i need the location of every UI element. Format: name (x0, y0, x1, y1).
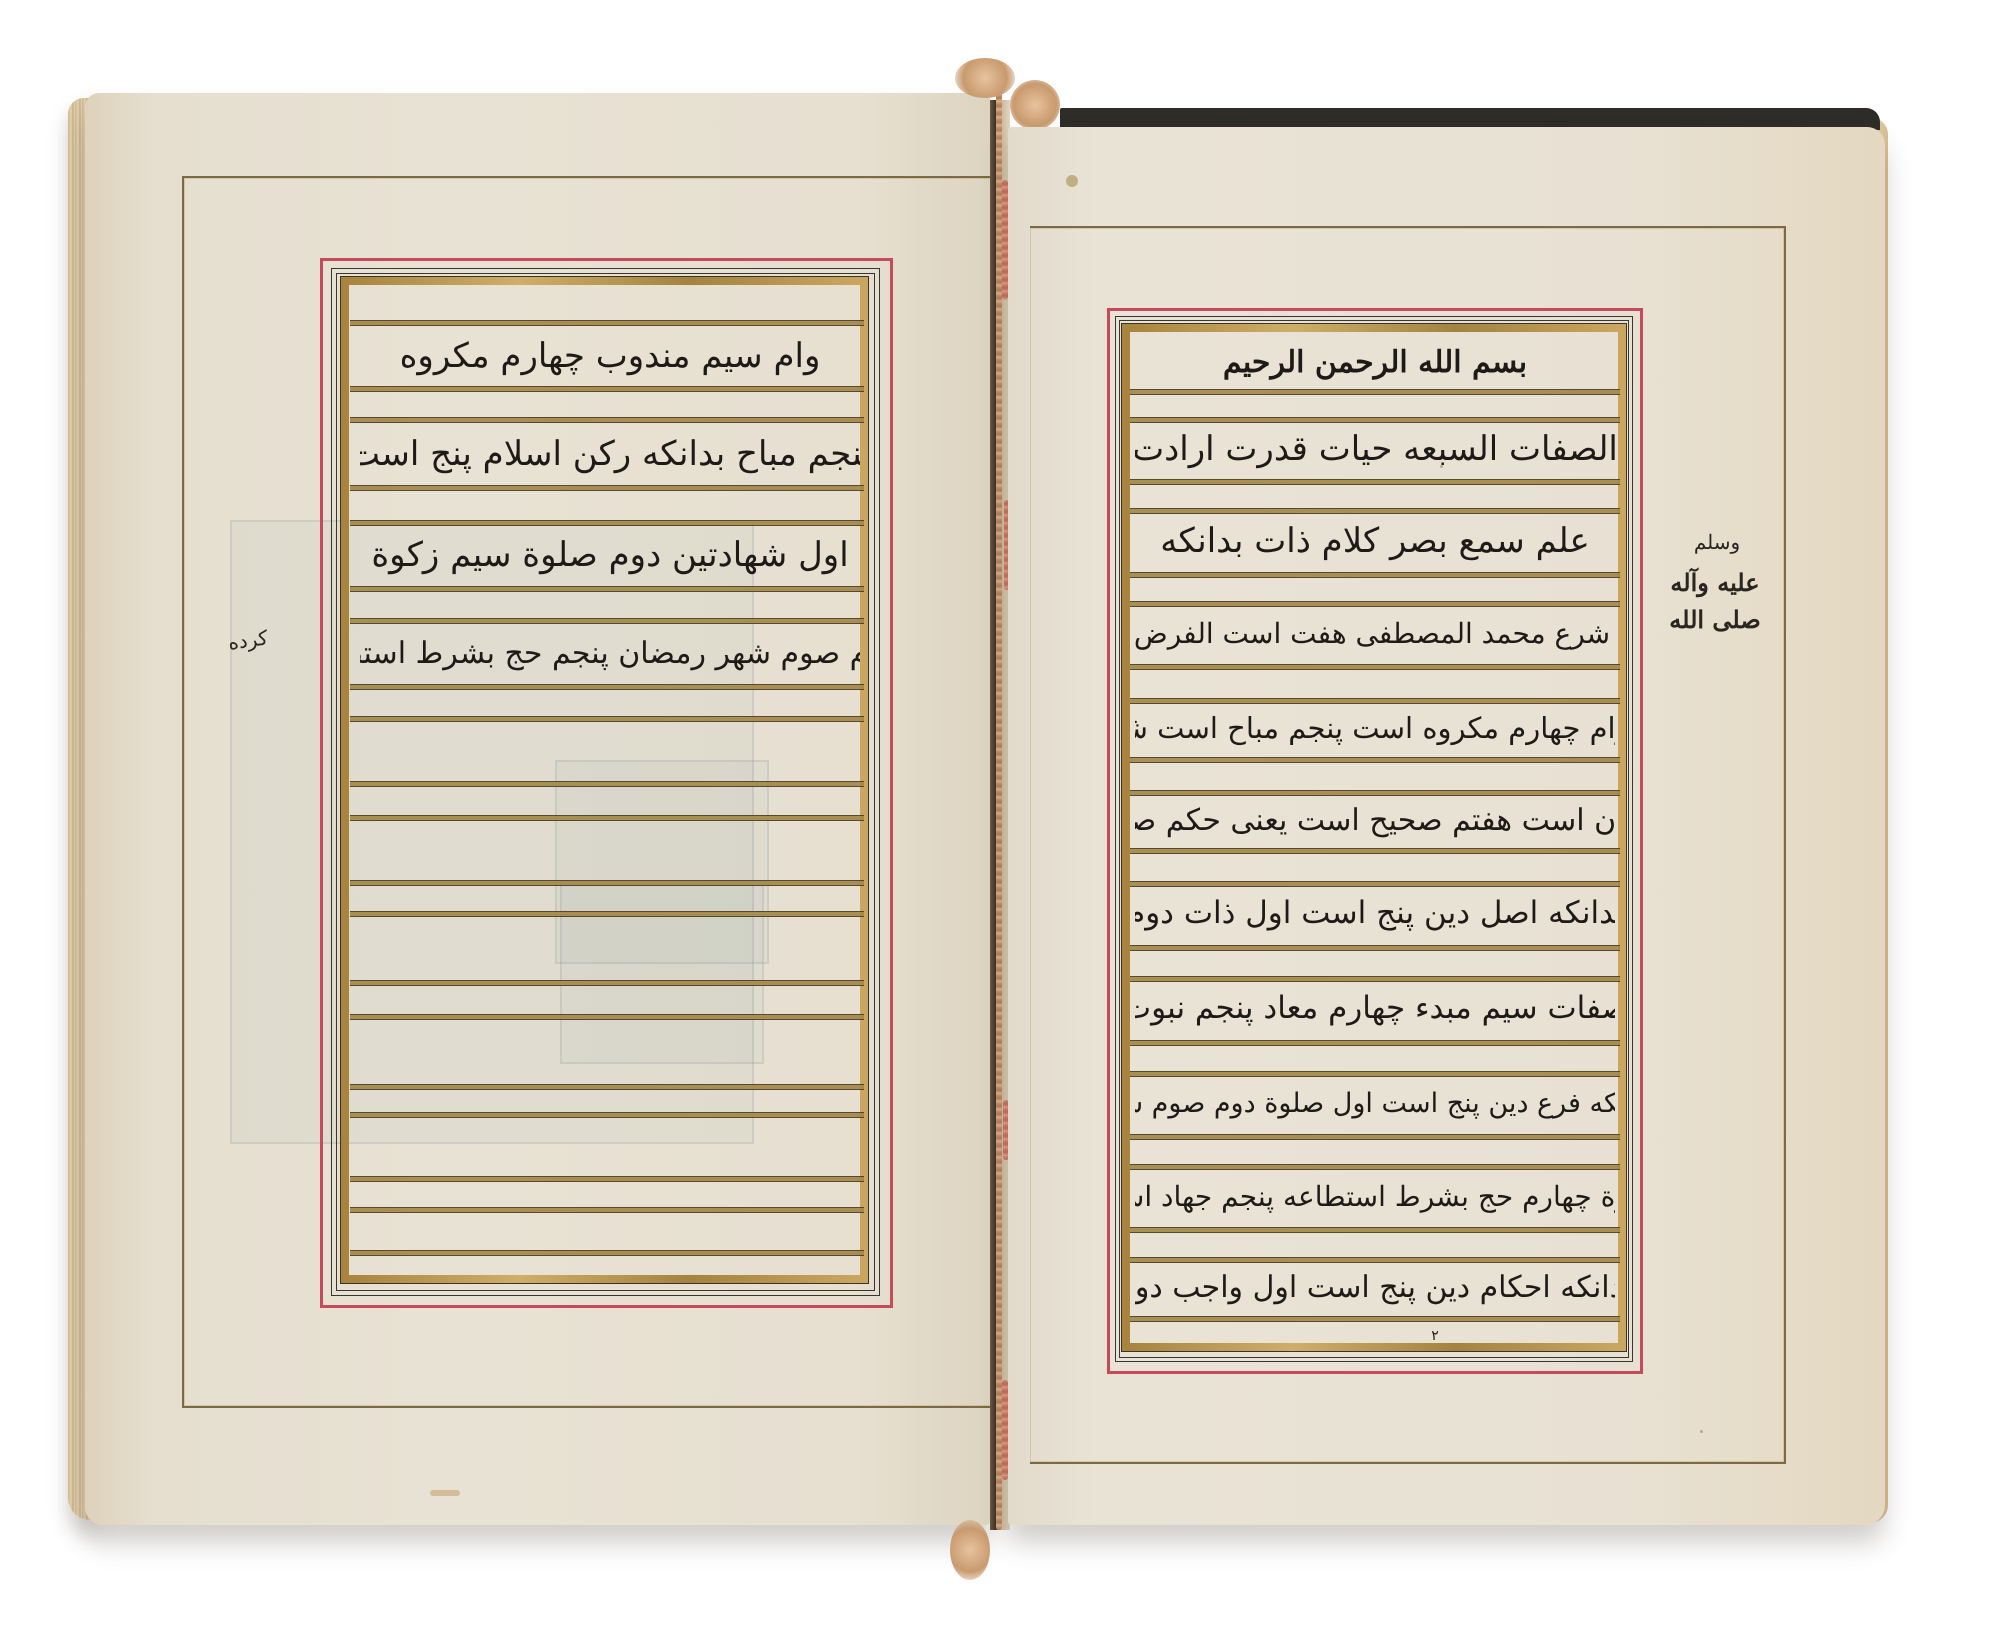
thread-knot-top (955, 58, 1015, 98)
rule (350, 716, 864, 722)
right-text-line-5: بطلان است هفتم صحیح است یعنی حکم صحیح (1135, 792, 1615, 848)
catchword: ۲ (1420, 1326, 1450, 1346)
rule (350, 781, 864, 787)
rule (350, 386, 864, 392)
rule (1130, 945, 1620, 951)
right-text-line-9: زکوة چهارم حج بشرط استطاعه پنجم جهاد است (1135, 1167, 1615, 1225)
bismillah-heading: بسم الله الرحمن الرحیم (1135, 336, 1615, 388)
right-text-line-1: الصفات السبعه حیات قدرت ارادت (1135, 420, 1615, 478)
margin-note-line-1: وسلم (1672, 530, 1762, 554)
rule (350, 1112, 864, 1118)
margin-note-line-3: صلی الله (1665, 605, 1765, 634)
rule (1130, 572, 1620, 578)
thread-tuft-top (1010, 80, 1060, 130)
rule (1130, 479, 1620, 485)
rule (1130, 1134, 1620, 1140)
rule (350, 880, 864, 886)
rule (1130, 1227, 1620, 1233)
right-text-line-7: صفات سیم مبدء چهارم معاد پنجم نبوت (1135, 979, 1615, 1037)
margin-note-line-2: علیه وآله (1665, 568, 1765, 597)
left-text-line-2: پنجم مباح بدانکه رکن اسلام پنج است (360, 424, 860, 484)
rule (1130, 848, 1620, 854)
rule (350, 485, 864, 491)
thread-tail-bottom (950, 1520, 990, 1580)
right-text-line-6: بدانکه اصل دین پنج است اول ذات دوم (1135, 884, 1615, 942)
speck (1700, 1430, 1703, 1433)
rule (350, 417, 864, 423)
left-text-line-1: وام سیم مندوب چهارم مکروه (360, 326, 860, 386)
rule (1130, 1316, 1620, 1322)
right-text-line-3: احکام شرع محمد المصطفی هفت است الفرض وسن… (1135, 604, 1615, 662)
rule (1130, 664, 1620, 670)
left-text-line-4: چهارم صوم شهر رمضان پنجم حج بشرط استطاعه (360, 623, 860, 683)
right-text-line-4: واحرام چهارم مکروه است پنجم مباح است ششم (1135, 700, 1615, 756)
rule (350, 911, 864, 917)
rule (350, 684, 864, 690)
right-text-line-8: بدانکه فرع دین پنج است اول صلوة دوم صوم … (1135, 1074, 1615, 1132)
right-text-line-10: بدانکه احکام دین پنج است اول واجب دوم (1135, 1260, 1615, 1314)
rule (350, 1207, 864, 1213)
rule (350, 1014, 864, 1020)
left-text-line-3: اول شهادتین دوم صلوة سیم زکوة (360, 525, 860, 585)
rule (350, 815, 864, 821)
rule (350, 1250, 864, 1256)
speck (1440, 465, 1443, 468)
rule (350, 980, 864, 986)
rule (350, 1084, 864, 1090)
rule (350, 1176, 864, 1182)
rule (1130, 757, 1620, 763)
rule (1130, 1040, 1620, 1046)
stain (430, 1490, 460, 1496)
rule (1130, 389, 1620, 395)
stain (1066, 175, 1078, 187)
rule (350, 586, 864, 592)
right-text-line-2: علم سمع بصر کلام ذات بدانکه (1135, 512, 1615, 570)
